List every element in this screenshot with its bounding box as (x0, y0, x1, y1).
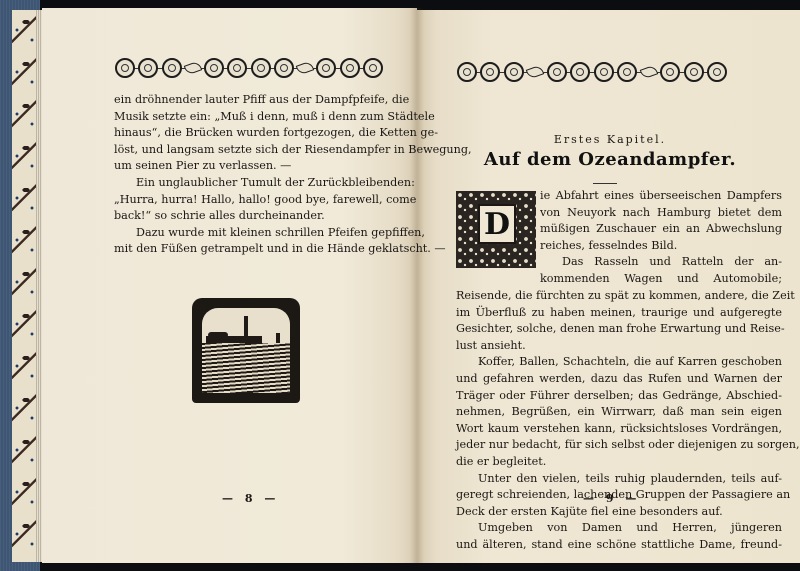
chapter-label: Erstes Kapitel. (460, 133, 760, 146)
decorative-initial: D (456, 191, 536, 268)
leaf-icon (526, 65, 544, 80)
rose-icon (115, 58, 135, 78)
text-line: Deck der ersten Kajüte fiel eine besonde… (456, 504, 782, 521)
right-page-text: Reisende, die fürchten zu spät zu kommen… (456, 288, 782, 554)
text-line: back!“ so schrie alles durcheinander. (114, 208, 386, 225)
rose-icon (227, 58, 247, 78)
text-line: kommenden Wagen und Automobile; (540, 271, 782, 288)
rose-garland-ornament-right (457, 58, 727, 86)
spine-gutter (410, 8, 424, 563)
text-line: Umgeben von Damen und Herren, jüngeren (456, 520, 782, 537)
ship-mast (244, 316, 248, 338)
rose-icon (707, 62, 727, 82)
page-number-left: — 8 — (222, 492, 279, 505)
rose-icon (162, 58, 182, 78)
chapter-title: Auf dem Ozeandampfer. (460, 149, 760, 170)
text-line: Wort kaum verstehen kann, rücksichtslose… (456, 421, 782, 438)
text-line: löst, und langsam setzte sich der Riesen… (114, 142, 386, 159)
rose-icon (570, 62, 590, 82)
text-line: „Hurra, hurra! Hallo, hallo! good bye, f… (114, 192, 386, 209)
text-line: im Überfluß zu haben meinen, traurige un… (456, 305, 782, 322)
leaf-icon (639, 65, 657, 80)
text-line: ein dröhnender lauter Pfiff aus der Damp… (114, 92, 386, 109)
rose-icon (138, 58, 158, 78)
text-line: Reisende, die fürchten zu spät zu kommen… (456, 288, 782, 305)
sea-waves (202, 343, 290, 393)
text-line: Unter den vielen, teils ruhig plaudernde… (456, 471, 782, 488)
rose-icon (547, 62, 567, 82)
rose-icon (457, 62, 477, 82)
text-line: Koffer, Ballen, Schachteln, die auf Karr… (456, 354, 782, 371)
steamship-vignette-illustration (192, 298, 300, 403)
chapter-divider (593, 183, 617, 184)
rose-icon (340, 58, 360, 78)
text-line: Ein unglaublicher Tumult der Zurückbleib… (114, 175, 386, 192)
text-line: müßigen Zuschauer ein an Abwechslung (540, 221, 782, 238)
text-line: nehmen, Begrüßen, ein Wirrwarr, daß man … (456, 404, 782, 421)
right-page-dropcap-text: ie Abfahrt eines überseeischen Dampfers … (540, 188, 782, 288)
rose-icon (660, 62, 680, 82)
page-edge-lines (36, 10, 42, 562)
text-line: Träger oder Führer derselben; das Gedrän… (456, 388, 782, 405)
text-line: um seinen Pier zu verlassen. — (114, 158, 386, 175)
rose-icon (684, 62, 704, 82)
page-number-right: — 9 — (583, 492, 640, 505)
leaf-icon (184, 61, 202, 76)
text-line: die er begleitet. (456, 454, 782, 471)
text-line: und älteren, stand eine schöne stattlich… (456, 537, 782, 554)
text-line: und gefahren werden, dazu das Rufen und … (456, 371, 782, 388)
rose-icon (480, 62, 500, 82)
left-page-text: ein dröhnender lauter Pfiff aus der Damp… (114, 92, 386, 258)
text-line: jeder nur bedacht, für sich selbst oder … (456, 437, 782, 454)
rose-icon (204, 58, 224, 78)
leaf-icon (296, 61, 314, 76)
rose-garland-ornament-left (115, 54, 383, 82)
rose-icon (617, 62, 637, 82)
rose-icon (316, 58, 336, 78)
text-line: Das Rasseln und Ratteln der an- (540, 254, 782, 271)
text-line: Gesichter, solche, denen man frohe Erwar… (456, 321, 782, 338)
rose-icon (363, 58, 383, 78)
rose-icon (274, 58, 294, 78)
text-line: ie Abfahrt eines überseeischen Dampfers (540, 188, 782, 205)
patterned-endpaper (12, 10, 37, 562)
text-line: hinaus“, die Brücken wurden fortgezogen,… (114, 125, 386, 142)
text-line: Musik setzte ein: „Muß i denn, muß i den… (114, 109, 386, 126)
text-line: reiches, fesselndes Bild. (540, 238, 782, 255)
text-line: mit den Füßen getrampelt und in die Händ… (114, 241, 386, 258)
initial-letter: D (478, 204, 516, 244)
text-line: Dazu wurde mit kleinen schrillen Pfeifen… (114, 225, 386, 242)
text-line: lust ansieht. (456, 338, 782, 355)
rose-icon (251, 58, 271, 78)
rose-icon (504, 62, 524, 82)
rose-icon (594, 62, 614, 82)
text-line: von Neuyork nach Hamburg bietet dem (540, 205, 782, 222)
